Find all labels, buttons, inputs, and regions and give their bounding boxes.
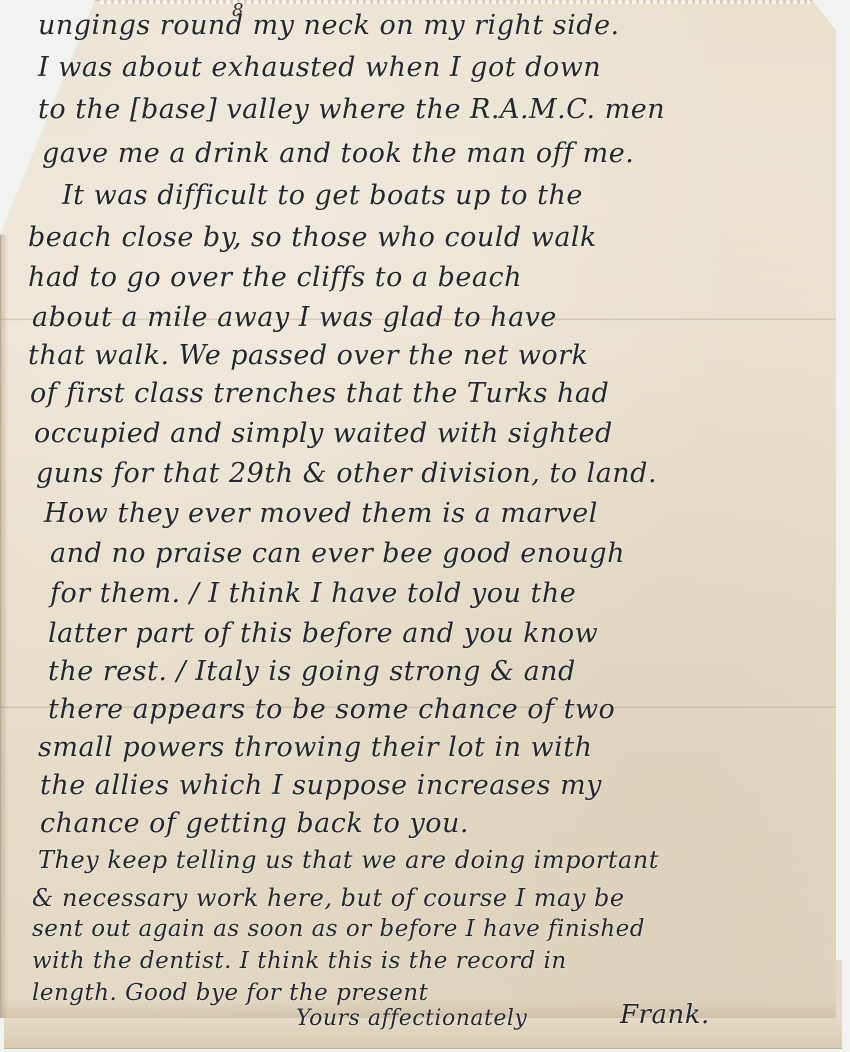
letter-line: that walk. We passed over the net work <box>28 340 588 371</box>
letter-body: ungings round my neck on my right side. … <box>0 0 840 1020</box>
letter-line: the rest. / Italy is going strong & and <box>48 656 576 687</box>
letter-line: beach close by, so those who could walk <box>28 222 597 253</box>
letter-line: occupied and simply waited with sighted <box>34 418 613 449</box>
letter-line: length. Good bye for the present <box>32 980 428 1006</box>
letter-line: about a mile away I was glad to have <box>32 302 557 333</box>
letter-line: ungings round my neck on my right side. <box>38 10 620 41</box>
letter-line: the allies which I suppose increases my <box>40 770 602 801</box>
letter-line: chance of getting back to you. <box>40 808 469 839</box>
letter-line: How they ever moved them is a marvel <box>44 498 598 529</box>
letter-line: for them. / I think I have told you the <box>50 578 576 609</box>
letter-line: & necessary work here, but of course I m… <box>32 884 625 912</box>
letter-line: had to go over the cliffs to a beach <box>28 262 522 293</box>
letter-line: gave me a drink and took the man off me. <box>42 138 634 169</box>
letter-line: They keep telling us that we are doing i… <box>38 846 659 874</box>
letter-line: It was difficult to get boats up to the <box>62 180 583 211</box>
signature: Frank. <box>620 1000 710 1030</box>
letter-line: to the [base] valley where the R.A.M.C. … <box>38 94 665 125</box>
letter-line: there appears to be some chance of two <box>48 694 615 725</box>
letter-closing: Yours affectionately <box>296 1006 527 1031</box>
letter-line: I was about exhausted when I got down <box>38 52 601 83</box>
scan-background: 8 ungings round my neck on my right side… <box>0 0 850 1052</box>
letter-line: and no praise can ever bee good enough <box>50 538 625 569</box>
letter-line: guns for that 29th & other division, to … <box>36 458 657 489</box>
letter-line: of first class trenches that the Turks h… <box>30 378 609 409</box>
letter-line: latter part of this before and you know <box>48 618 598 649</box>
letter-line: small powers throwing their lot in with <box>38 732 593 763</box>
letter-line: with the dentist. I think this is the re… <box>32 948 567 974</box>
letter-line: sent out again as soon as or before I ha… <box>32 916 645 942</box>
